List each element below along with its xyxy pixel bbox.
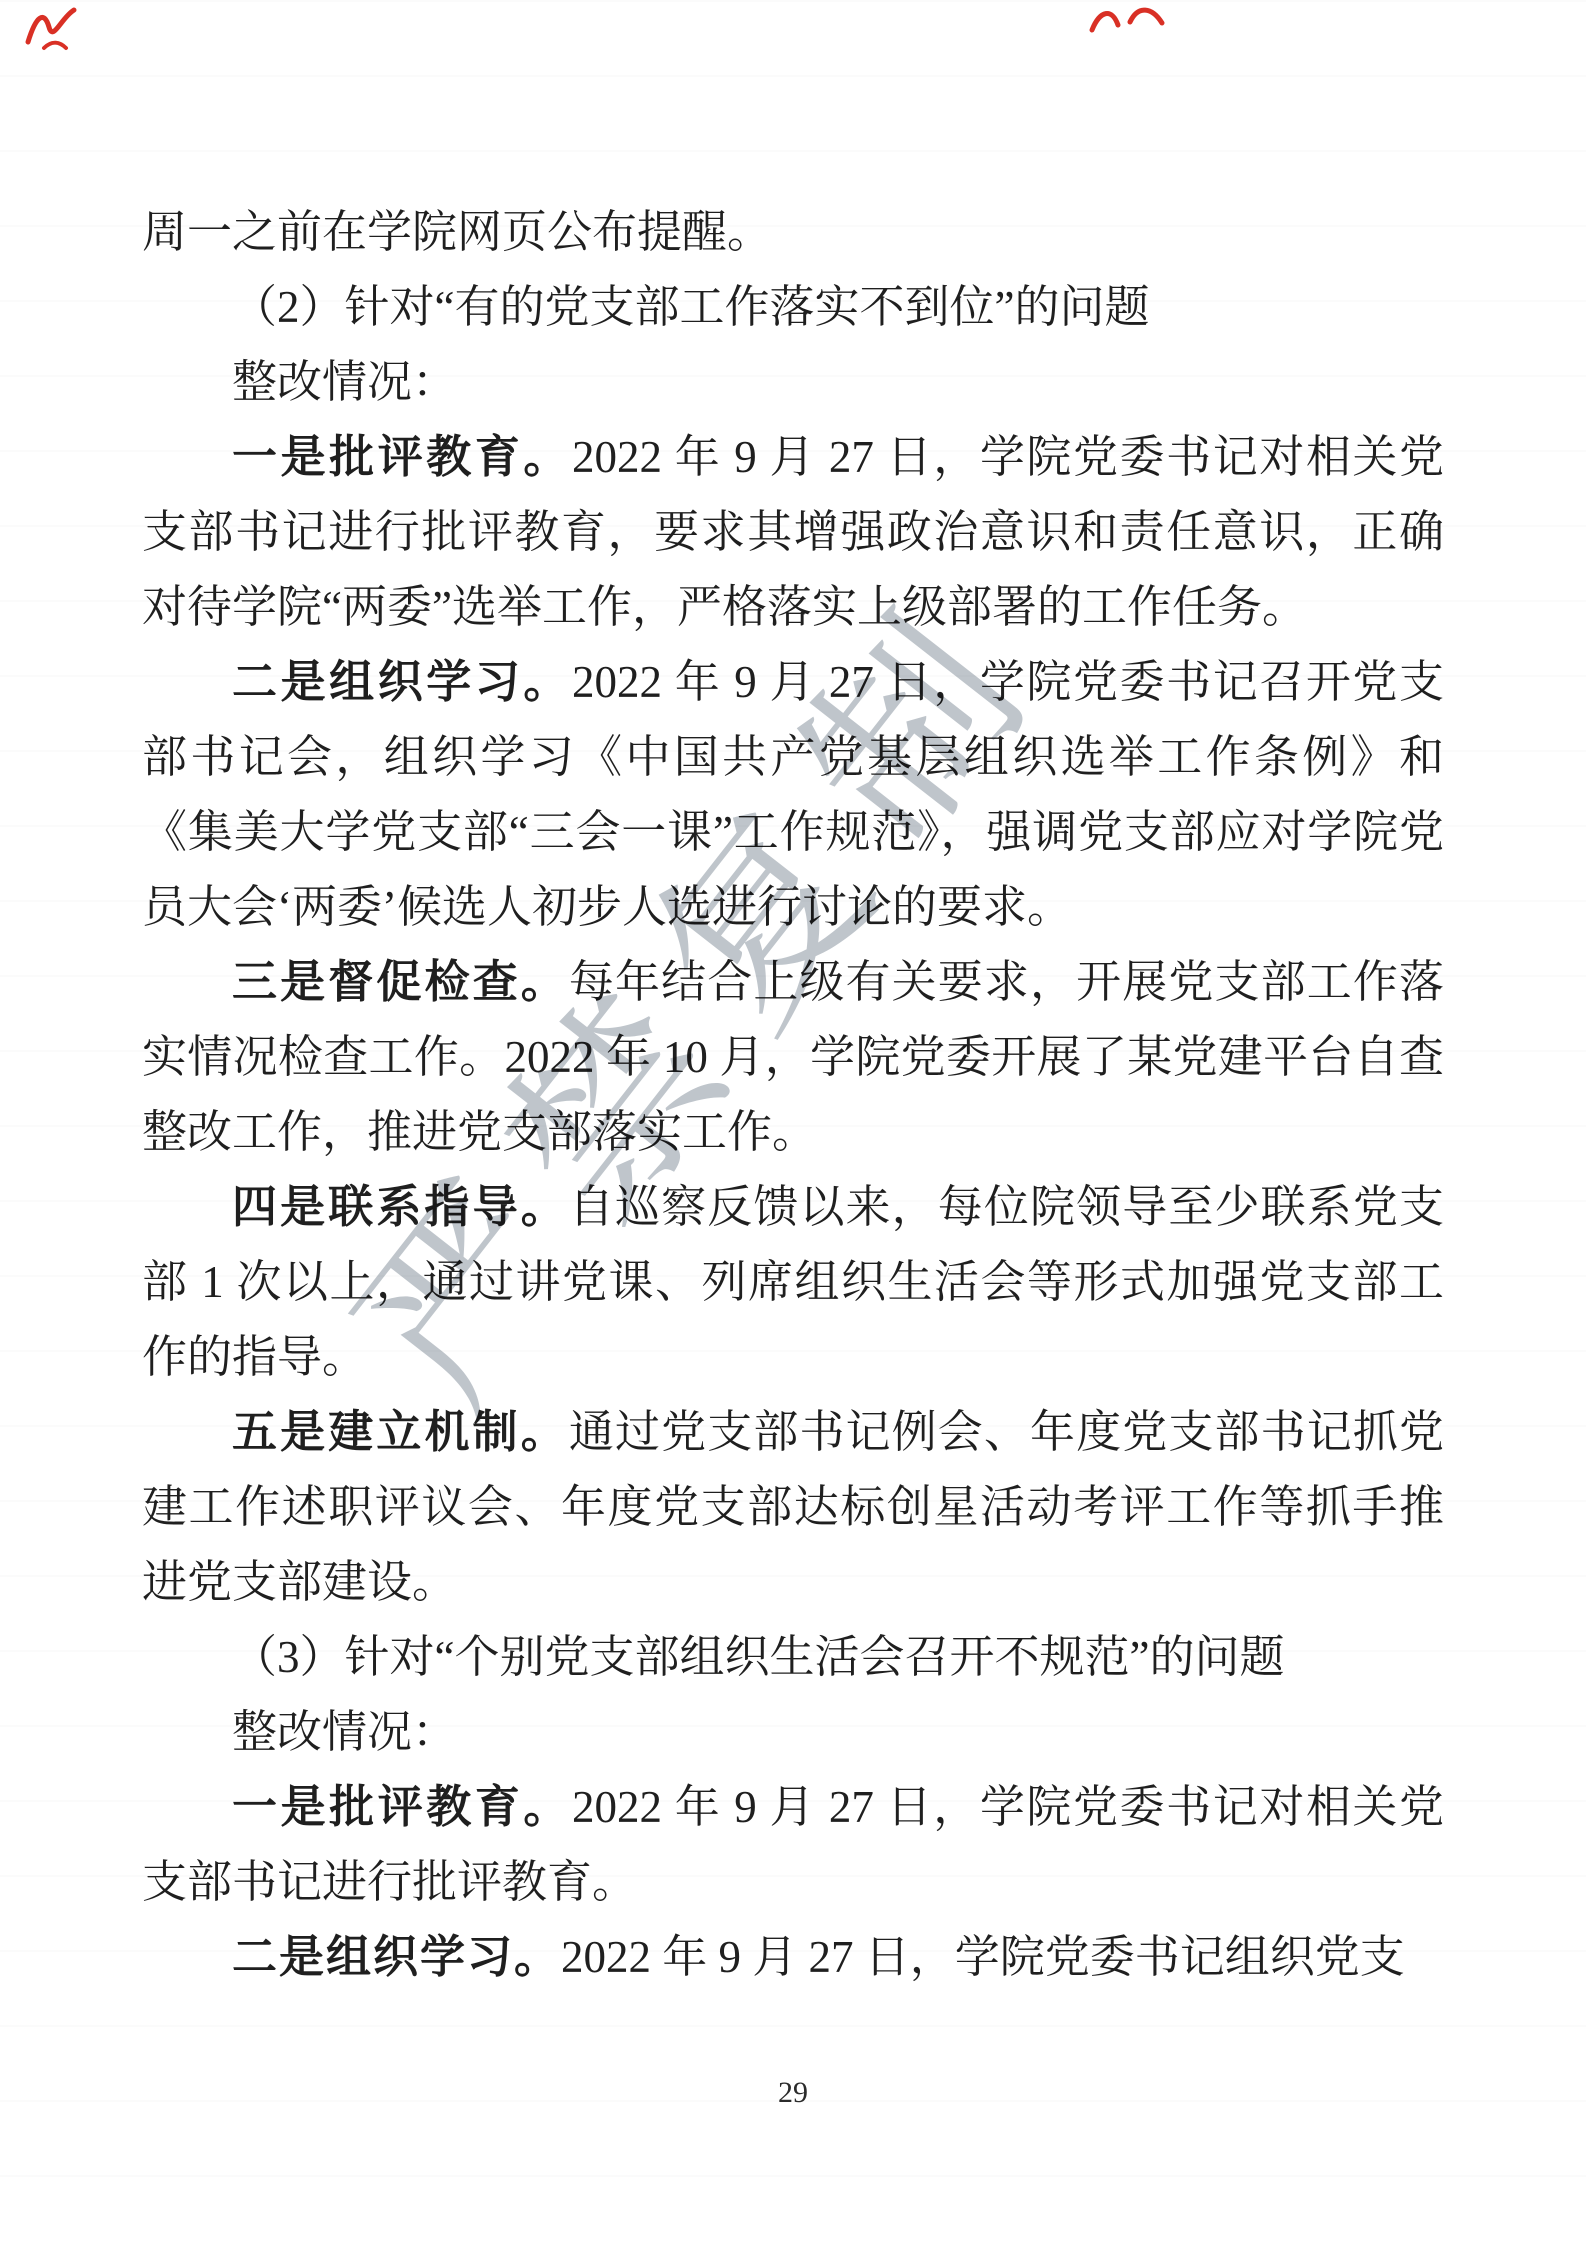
paragraph-text: 2022 年 9 月 27 日，学院党委书记组织党支 — [561, 1932, 1405, 1982]
body-paragraph: （3）针对“个别党支部组织生活会召开不规范”的问题 — [142, 1620, 1444, 1695]
paragraph-text: （3）针对“个别党支部组织生活会召开不规范”的问题 — [232, 1632, 1284, 1682]
body-paragraph: 周一之前在学院网页公布提醒。 — [142, 195, 1444, 270]
red-ink-mark-icon — [0, 0, 1586, 90]
body-paragraph: （2）针对“有的党支部工作落实不到位”的问题 — [142, 270, 1444, 345]
paragraph-text: 整改情况： — [232, 357, 457, 407]
document-body: 周一之前在学院网页公布提醒。 （2）针对“有的党支部工作落实不到位”的问题 整改… — [142, 195, 1444, 1995]
body-paragraph: 整改情况： — [142, 1695, 1444, 1770]
paragraph-lead: 二是组织学习。 — [232, 657, 572, 707]
page-number: 29 — [0, 2076, 1586, 2110]
paragraph-text: 整改情况： — [232, 1707, 457, 1757]
paragraph-lead: 四是联系指导。 — [232, 1182, 569, 1232]
document-page: { "page": { "number": "29", "watermark":… — [0, 0, 1586, 2245]
body-paragraph: 五是建立机制。通过党支部书记例会、年度党支部书记抓党建工作述职评议会、年度党支部… — [142, 1395, 1444, 1620]
body-paragraph: 二是组织学习。2022 年 9 月 27 日，学院党委书记组织党支 — [142, 1920, 1444, 1995]
paragraph-lead: 五是建立机制。 — [232, 1407, 569, 1457]
paragraph-text: 周一之前在学院网页公布提醒。 — [142, 207, 772, 257]
body-paragraph: 一是批评教育。2022 年 9 月 27 日，学院党委书记对相关党支部书记进行批… — [142, 1770, 1444, 1920]
body-paragraph: 整改情况： — [142, 345, 1444, 420]
paragraph-lead: 二是组织学习。 — [232, 1932, 561, 1982]
paragraph-text: （2）针对“有的党支部工作落实不到位”的问题 — [232, 282, 1149, 332]
body-paragraph: 三是督促检查。每年结合上级有关要求，开展党支部工作落实情况检查工作。2022 年… — [142, 945, 1444, 1170]
paragraph-lead: 一是批评教育。 — [232, 1782, 572, 1832]
paragraph-lead: 三是督促检查。 — [232, 957, 569, 1007]
paragraph-lead: 一是批评教育。 — [232, 432, 572, 482]
body-paragraph: 四是联系指导。自巡察反馈以来，每位院领导至少联系党支部 1 次以上，通过讲党课、… — [142, 1170, 1444, 1395]
body-paragraph: 二是组织学习。2022 年 9 月 27 日，学院党委书记召开党支部书记会，组织… — [142, 645, 1444, 945]
body-paragraph: 一是批评教育。2022 年 9 月 27 日，学院党委书记对相关党支部书记进行批… — [142, 420, 1444, 645]
